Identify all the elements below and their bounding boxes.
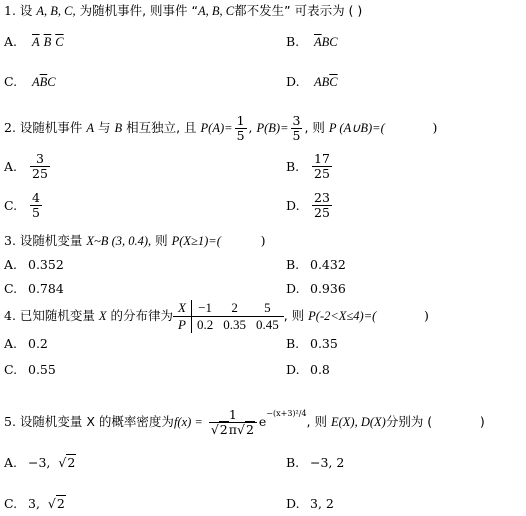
math: P(A)= bbox=[201, 121, 233, 135]
q1-option-b[interactable]: B. ABC bbox=[286, 34, 338, 50]
denominator: 5 bbox=[235, 129, 247, 143]
stem-text: , 则 bbox=[304, 120, 328, 135]
table-cell: 2 bbox=[218, 300, 251, 317]
fraction: 1725 bbox=[312, 152, 332, 181]
q5-option-a[interactable]: A.−3, √2 bbox=[4, 455, 76, 471]
option-value: 0.784 bbox=[28, 281, 64, 296]
stem-text: , 则 bbox=[284, 308, 308, 323]
table-cell: 5 bbox=[251, 300, 284, 317]
option-label: D. bbox=[286, 281, 310, 297]
math: C bbox=[329, 75, 337, 89]
option-label: C. bbox=[4, 281, 28, 297]
numerator: 3 bbox=[30, 152, 50, 167]
table-cell: 0.2 bbox=[191, 317, 218, 334]
denominator: 25 bbox=[312, 167, 332, 181]
question-2-stem: 2. 设随机事件 A 与 B 相互独立, 且 P(A)=15, P(B)=35,… bbox=[4, 112, 437, 144]
math: B bbox=[44, 35, 52, 49]
exponent: −(x+3)²/4 bbox=[266, 409, 306, 418]
q3-option-d[interactable]: D.0.936 bbox=[286, 281, 346, 297]
q2-option-c[interactable]: C.45 bbox=[4, 191, 44, 220]
option-label: A. bbox=[4, 336, 28, 352]
option-label: C. bbox=[4, 74, 28, 90]
numerator: 23 bbox=[312, 191, 332, 206]
math: X bbox=[99, 309, 107, 323]
question-3-stem: 3. 设随机变量 X~B (3, 0.4), 则 P(X≥1)=( ) bbox=[4, 233, 266, 249]
table-header-p: P bbox=[173, 317, 191, 334]
option-value: −3, bbox=[28, 455, 50, 470]
option-value: 0.35 bbox=[310, 336, 338, 351]
option-value: 0.936 bbox=[310, 281, 346, 296]
option-label: C. bbox=[4, 496, 28, 512]
q4-option-c[interactable]: C.0.55 bbox=[4, 362, 56, 378]
density-fraction: 1 √2π√2 bbox=[209, 408, 257, 437]
math: P(X≥1)=( bbox=[172, 234, 221, 248]
option-label: C. bbox=[4, 198, 28, 214]
option-value: 0.8 bbox=[310, 362, 330, 377]
fraction: 325 bbox=[30, 152, 50, 181]
numerator: 4 bbox=[30, 191, 42, 206]
fraction: 15 bbox=[235, 114, 247, 143]
option-label: B. bbox=[286, 34, 310, 50]
option-value: 0.55 bbox=[28, 362, 56, 377]
option-label: D. bbox=[286, 74, 310, 90]
stem-text: 与 bbox=[94, 120, 114, 135]
option-label: A. bbox=[4, 34, 28, 50]
distribution-table: X −1 2 5 P 0.2 0.35 0.45 bbox=[173, 300, 284, 333]
math: P(-2<X≤4)=( bbox=[308, 309, 376, 323]
q4-option-b[interactable]: B.0.35 bbox=[286, 336, 338, 352]
math: B bbox=[115, 121, 123, 135]
q4-option-a[interactable]: A.0.2 bbox=[4, 336, 48, 352]
stem-text: 设 bbox=[20, 3, 36, 18]
question-number: 3. bbox=[4, 233, 16, 248]
q3-option-b[interactable]: B.0.432 bbox=[286, 257, 346, 273]
math-vars: A, B, C, bbox=[36, 4, 75, 18]
denominator: 25 bbox=[312, 206, 332, 220]
denominator: 25 bbox=[30, 167, 50, 181]
stem-text: 设随机变量 X 的概率密度为 bbox=[20, 414, 174, 429]
math: X~B (3, 0.4), bbox=[86, 234, 151, 248]
q5-option-d[interactable]: D.3, 2 bbox=[286, 496, 334, 512]
radicand: 2 bbox=[219, 421, 229, 437]
option-label: D. bbox=[286, 198, 310, 214]
math: f(x) = bbox=[174, 415, 203, 429]
q2-option-d[interactable]: D.2325 bbox=[286, 191, 334, 220]
option-label: B. bbox=[286, 257, 310, 273]
question-number: 2. bbox=[4, 120, 16, 135]
math: A bbox=[314, 75, 322, 89]
math: A bbox=[86, 121, 94, 135]
option-label: D. bbox=[286, 362, 310, 378]
radicand: 2 bbox=[56, 495, 66, 511]
stem-text: 则 bbox=[151, 233, 171, 248]
option-label: D. bbox=[286, 496, 310, 512]
q5-option-c[interactable]: C.3, √2 bbox=[4, 496, 66, 512]
option-label: B. bbox=[286, 159, 310, 175]
question-1-stem: 1. 设 A, B, C, 为随机事件, 则事件 “A, B, C都不发生” 可… bbox=[4, 3, 362, 19]
numerator: 17 bbox=[312, 152, 332, 167]
q5-option-b[interactable]: B.−3, 2 bbox=[286, 455, 344, 471]
question-number: 4. bbox=[4, 308, 16, 323]
math: A bbox=[314, 35, 322, 49]
math: C bbox=[47, 75, 55, 89]
stem-text: 都不发生” 可表示为 ( ) bbox=[234, 3, 362, 18]
question-4-stem: 4. 已知随机变量 X 的分布律为 X −1 2 5 P 0.2 0.35 0.… bbox=[4, 299, 429, 333]
q3-option-a[interactable]: A.0.352 bbox=[4, 257, 64, 273]
answer-blank: ) bbox=[221, 233, 266, 248]
option-value: 0.352 bbox=[28, 257, 64, 272]
radicand: 2 bbox=[245, 421, 255, 437]
stem-text: 相互独立, 且 bbox=[122, 120, 200, 135]
q1-option-d[interactable]: D. ABC bbox=[286, 74, 338, 90]
stem-text: 已知随机变量 bbox=[20, 308, 99, 323]
q2-option-a[interactable]: A.325 bbox=[4, 152, 52, 181]
radicand: 2 bbox=[66, 454, 76, 470]
q3-option-c[interactable]: C.0.784 bbox=[4, 281, 64, 297]
table-cell: 0.35 bbox=[218, 317, 251, 334]
math: P(B)= bbox=[256, 121, 288, 135]
math: E(X), D(X) bbox=[331, 415, 386, 429]
option-label: A. bbox=[4, 159, 28, 175]
fraction: 2325 bbox=[312, 191, 332, 220]
denominator: √2π√2 bbox=[209, 423, 257, 437]
option-value: 3, bbox=[28, 496, 40, 511]
math: P (A∪B)=( bbox=[329, 121, 385, 135]
pi: π bbox=[229, 422, 237, 437]
stem-text: 设随机变量 bbox=[20, 233, 86, 248]
answer-blank: ) bbox=[385, 120, 438, 135]
option-label: B. bbox=[286, 455, 310, 471]
q2-option-b[interactable]: B.1725 bbox=[286, 152, 334, 181]
option-label: B. bbox=[286, 336, 310, 352]
math: C bbox=[55, 35, 63, 49]
q1-option-c[interactable]: C. ABC bbox=[4, 74, 56, 90]
table-header-x: X bbox=[173, 300, 191, 317]
question-number: 1. bbox=[4, 3, 16, 18]
math: C bbox=[329, 35, 337, 49]
option-value: 0.2 bbox=[28, 336, 48, 351]
math: A bbox=[32, 75, 40, 89]
question-number: 5. bbox=[4, 414, 16, 429]
fraction: 45 bbox=[30, 191, 42, 220]
stem-text: 为随机事件, 则事件 “ bbox=[76, 3, 198, 18]
math: A bbox=[32, 35, 40, 49]
stem-text: , 则 bbox=[307, 414, 331, 429]
answer-blank: ) bbox=[376, 308, 429, 323]
denominator: 5 bbox=[291, 129, 303, 143]
stem-text: 分别为 ( ) bbox=[386, 414, 485, 429]
option-label: A. bbox=[4, 455, 28, 471]
table-cell: 0.45 bbox=[251, 317, 284, 334]
denominator: 5 bbox=[30, 206, 42, 220]
table-cell: −1 bbox=[191, 300, 218, 317]
q1-option-a[interactable]: A. A B C bbox=[4, 34, 64, 50]
question-5-stem: 5. 设随机变量 X 的概率密度为f(x) = 1 √2π√2 e−(x+3)²… bbox=[4, 396, 485, 440]
option-value: −3, 2 bbox=[310, 455, 344, 470]
option-value: 3, 2 bbox=[310, 496, 334, 511]
option-label: C. bbox=[4, 362, 28, 378]
stem-text: 的分布律为 bbox=[107, 308, 173, 323]
option-label: A. bbox=[4, 257, 28, 273]
numerator: 3 bbox=[291, 114, 303, 129]
fraction: 35 bbox=[291, 114, 303, 143]
numerator: 1 bbox=[235, 114, 247, 129]
option-value: 0.432 bbox=[310, 257, 346, 272]
q4-option-d[interactable]: D.0.8 bbox=[286, 362, 330, 378]
math-vars: A, B, C bbox=[198, 4, 234, 18]
stem-text: 设随机事件 bbox=[20, 120, 86, 135]
